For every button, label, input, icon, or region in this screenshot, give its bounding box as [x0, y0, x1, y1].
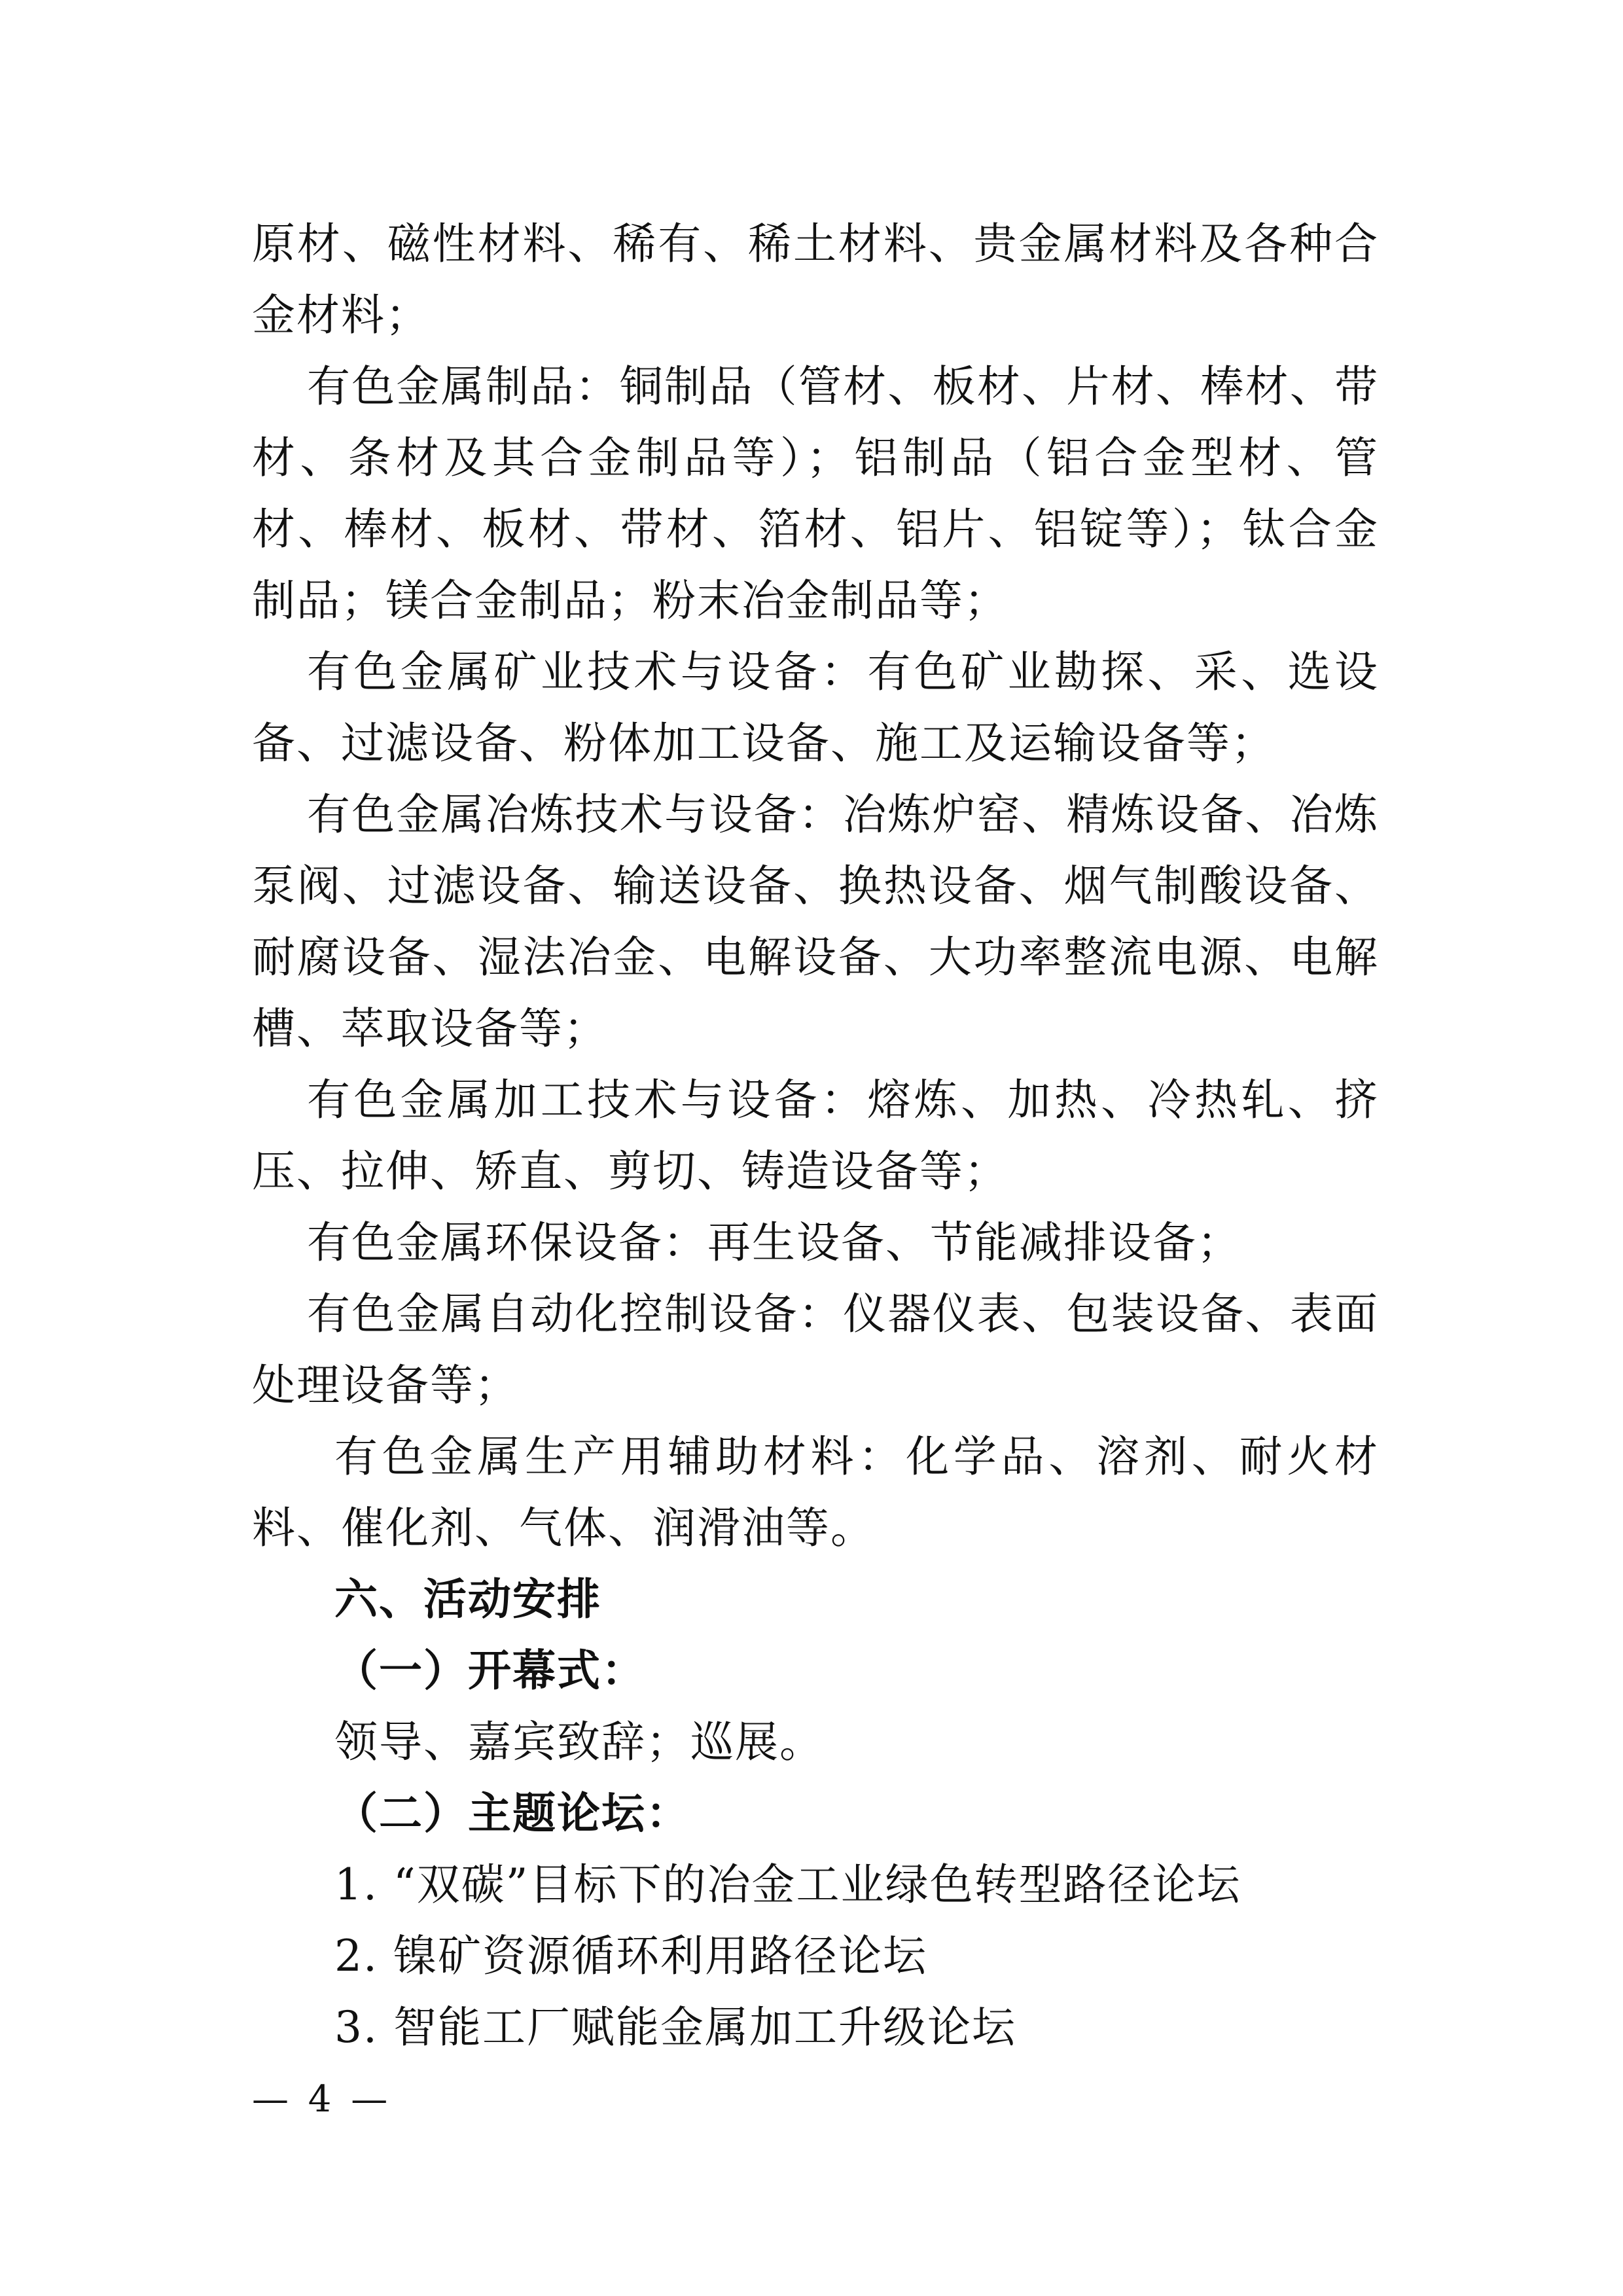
subsection-opening-title: （一）开幕式：: [252, 1635, 1379, 1706]
opening-content: 领导、嘉宾致辞；巡展。: [252, 1706, 1379, 1778]
paragraph-environmental-equipment: 有色金属环保设备：再生设备、节能减排设备；: [252, 1207, 1379, 1278]
section-heading: 六、活动安排: [252, 1564, 1379, 1635]
paragraph-materials-continued: 原材、磁性材料、稀有、稀土材料、贵金属材料及各种合金材料；: [252, 208, 1379, 351]
forum-item-number: 1.: [334, 1849, 393, 1920]
paragraph-mining-equipment: 有色金属矿业技术与设备：有色矿业勘探、采、选设备、过滤设备、粉体加工设备、施工及…: [252, 636, 1379, 779]
document-page: 原材、磁性材料、稀有、稀土材料、贵金属材料及各种合金材料； 有色金属制品：铜制品…: [252, 208, 1379, 2063]
forum-item-text: 智能工厂赋能金属加工升级论坛: [393, 2002, 1016, 2053]
paragraph-automation-equipment: 有色金属自动化控制设备：仪器仪表、包装设备、表面处理设备等；: [252, 1278, 1379, 1421]
forum-item-text: 镍矿资源循环利用路径论坛: [393, 1931, 927, 1981]
paragraph-smelting-equipment: 有色金属冶炼技术与设备：冶炼炉窑、精炼设备、冶炼泵阀、过滤设备、输送设备、换热设…: [252, 779, 1379, 1064]
forum-item: 2.镍矿资源循环利用路径论坛: [252, 1920, 1379, 1992]
paragraph-auxiliary-materials: 有色金属生产用辅助材料：化学品、溶剂、耐火材料、催化剂、气体、润滑油等。: [252, 1421, 1379, 1564]
paragraph-metal-products: 有色金属制品：铜制品（管材、板材、片材、棒材、带材、条材及其合金制品等）；铝制品…: [252, 351, 1379, 636]
page-number: — 4 —: [252, 2078, 391, 2121]
forum-item: 3.智能工厂赋能金属加工升级论坛: [252, 1992, 1379, 2063]
paragraph-processing-equipment: 有色金属加工技术与设备：熔炼、加热、冷热轧、挤压、拉伸、矫直、剪切、铸造设备等；: [252, 1064, 1379, 1207]
subsection-forums-title: （二）主题论坛：: [252, 1778, 1379, 1849]
forum-item-number: 3.: [334, 1992, 393, 2063]
forum-item-number: 2.: [334, 1920, 393, 1992]
forum-item-text: “双碳”目标下的冶金工业绿色转型路径论坛: [393, 1859, 1241, 1910]
forum-item: 1.“双碳”目标下的冶金工业绿色转型路径论坛: [252, 1849, 1379, 1920]
